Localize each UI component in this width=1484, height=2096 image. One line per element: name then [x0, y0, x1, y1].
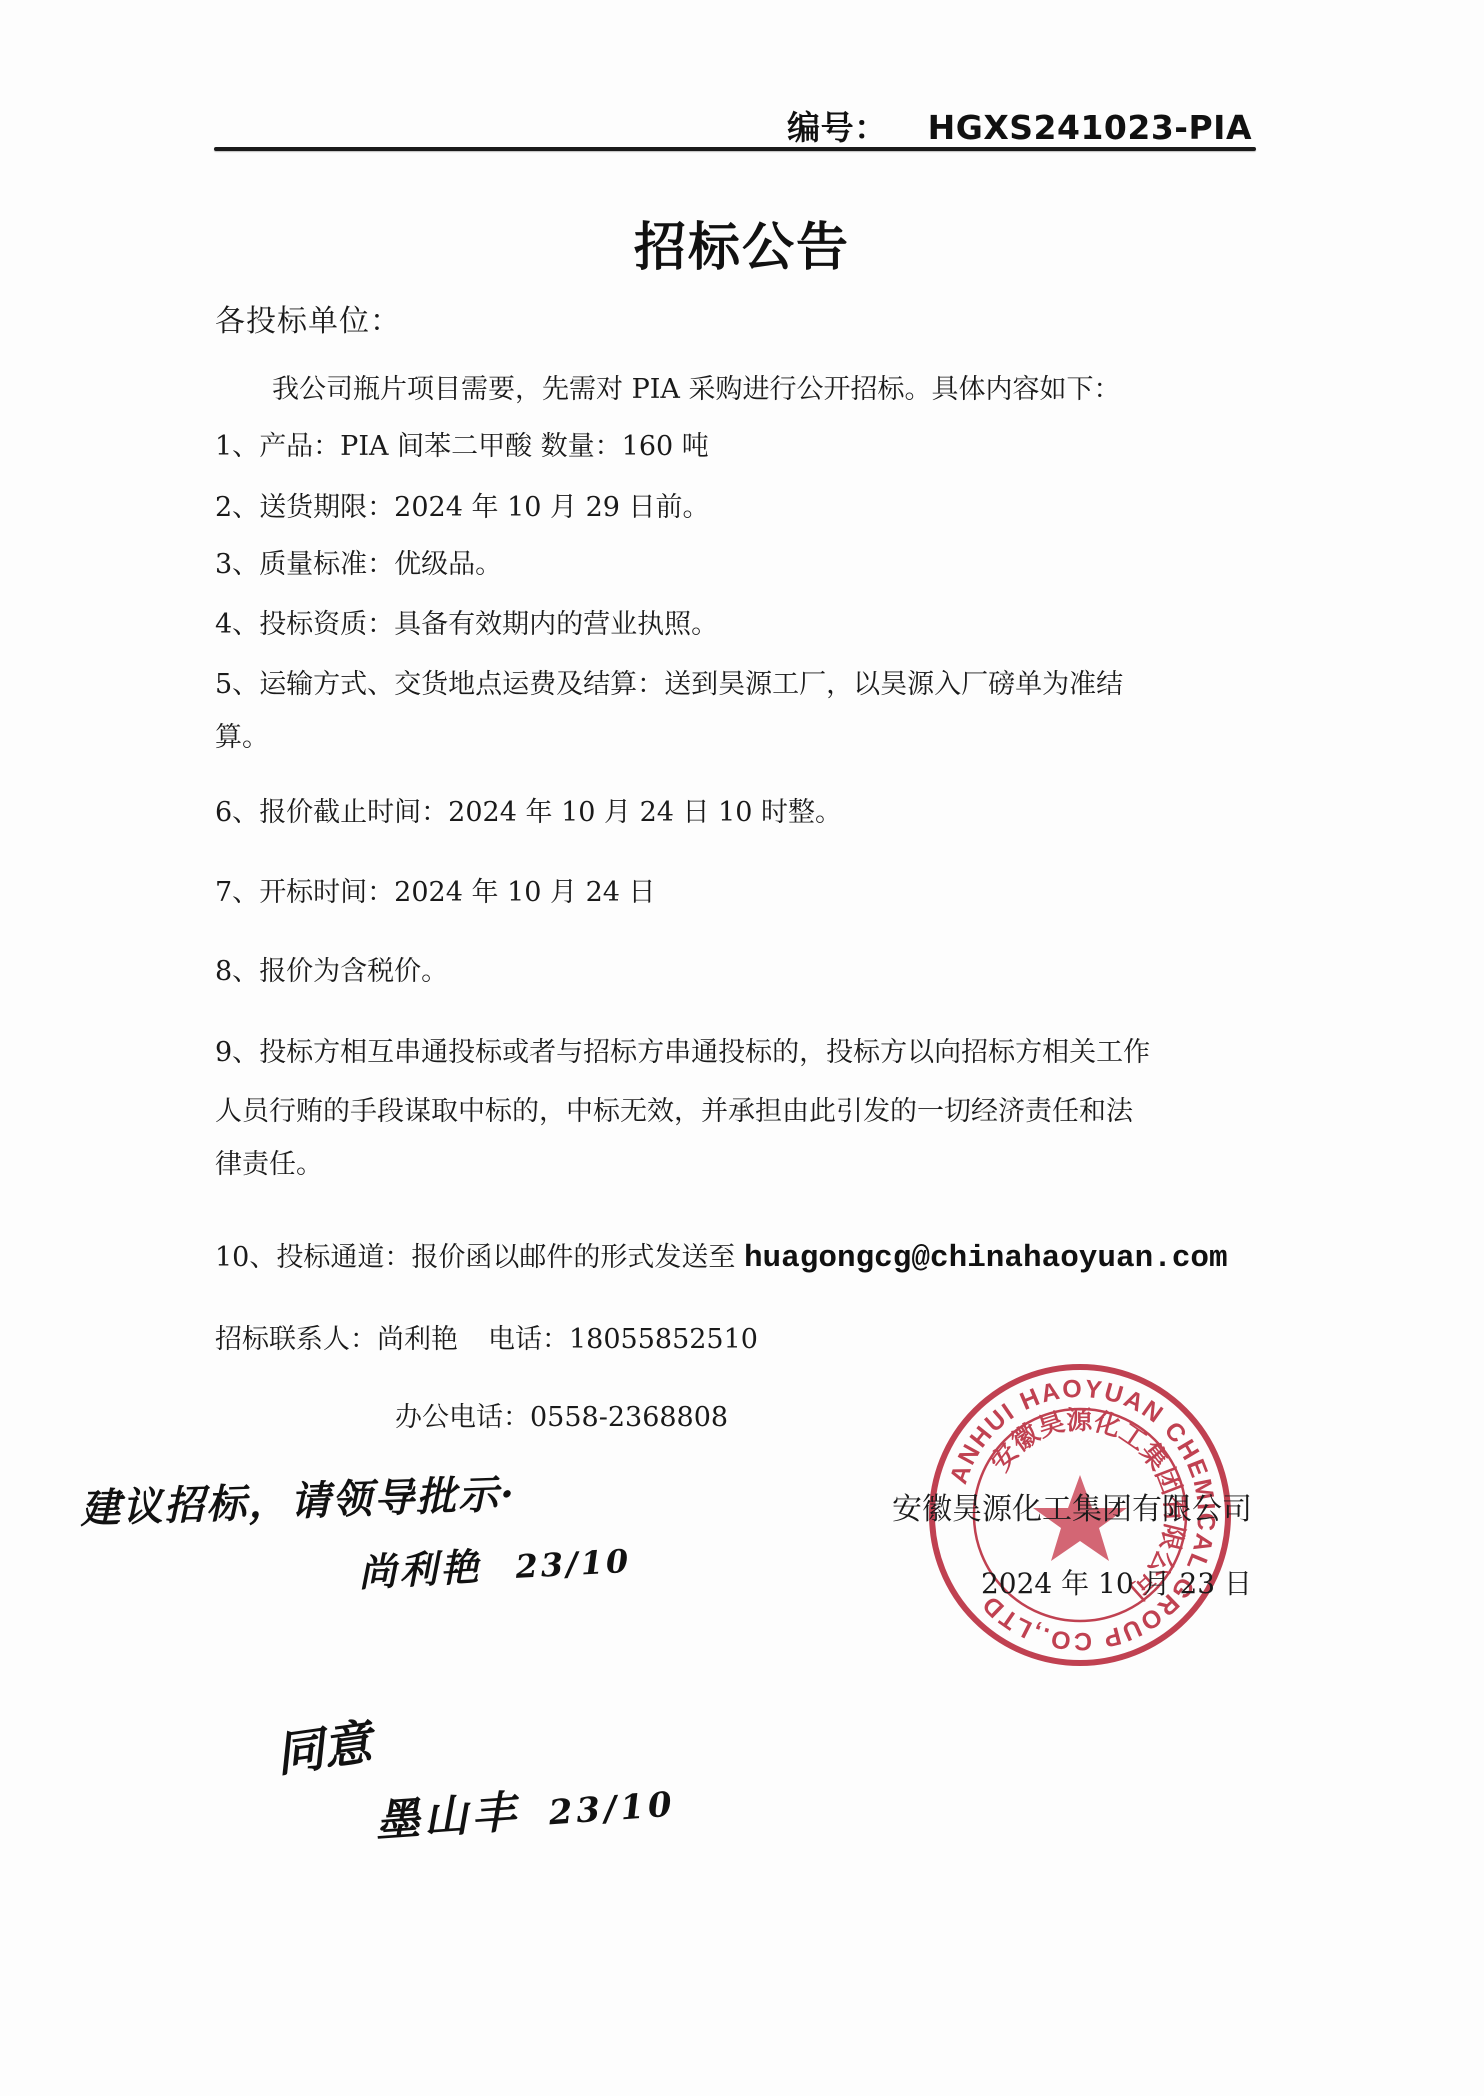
list-item-continuation: 算。 [215, 721, 269, 755]
office-phone-label: 办公电话： [395, 1402, 530, 1433]
handwritten-approval: 同意 [271, 1704, 376, 1786]
page-title: 招标公告 [0, 205, 1484, 280]
header-rule [214, 147, 1256, 151]
document-number-label: 编号： [787, 108, 888, 147]
contact-line: 招标联系人：尚利艳电话：18055852510 [215, 1323, 758, 1357]
list-item: 6、报价截止时间：2024 年 10 月 24 日 10 时整。 [215, 796, 842, 830]
contact-name: 尚利艳 [377, 1324, 458, 1355]
handwritten-date-2: 23/10 [547, 1785, 677, 1834]
handwritten-date-1: 23/10 [515, 1542, 633, 1586]
list-item: 10、投标通道：报价函以邮件的形式发送至 huagongcg@chinahaoy… [215, 1241, 1228, 1276]
issuer-company: 安徽昊源化工集团有限公司 [892, 1484, 1252, 1528]
handwritten-signature-2: 墨山丰 23/10 [373, 1765, 677, 1850]
office-phone-number: 0558-2368808 [530, 1402, 728, 1433]
list-item: 8、报价为含税价。 [215, 955, 448, 989]
list-item: 2、送货期限：2024 年 10 月 29 日前。 [215, 491, 710, 525]
document-number: 编号：HGXS241023-PIA [787, 102, 1252, 149]
handwritten-signature-1: 尚利艳 23/10 [357, 1528, 633, 1597]
handwritten-note: 建议招标，请领导批示· [79, 1462, 517, 1534]
list-item-continuation: 人员行贿的手段谋取中标的，中标无效，并承担由此引发的一切经济责任和法 [215, 1095, 1133, 1129]
email-link[interactable]: huagongcg@chinahaoyuan.com [744, 1241, 1228, 1276]
phone-label: 电话： [488, 1324, 569, 1355]
list-item: 5、运输方式、交货地点运费及结算：送到昊源工厂，以昊源入厂磅单为准结 [215, 668, 1123, 702]
contact-label: 招标联系人： [215, 1324, 377, 1355]
list-item: 4、投标资质：具备有效期内的营业执照。 [215, 608, 718, 642]
office-phone-line: 办公电话：0558-2368808 [395, 1401, 728, 1435]
list-item: 3、质量标准：优级品。 [215, 548, 502, 582]
issue-date: 2024 年 10 月 23 日 [981, 1562, 1252, 1602]
salutation: 各投标单位： [215, 305, 401, 339]
list-item-continuation: 律责任。 [215, 1148, 323, 1182]
list-item: 7、开标时间：2024 年 10 月 24 日 [215, 876, 656, 910]
phone-number: 18055852510 [569, 1324, 758, 1355]
intro-paragraph: 我公司瓶片项目需要，先需对 PIA 采购进行公开招标。具体内容如下： [272, 373, 1121, 407]
document-number-value: HGXS241023-PIA [928, 108, 1252, 147]
list-item: 9、投标方相互串通投标或者与招标方串通投标的，投标方以向招标方相关工作 [215, 1036, 1150, 1070]
list-item: 1、产品：PIA 间苯二甲酸 数量：160 吨 [215, 430, 709, 464]
